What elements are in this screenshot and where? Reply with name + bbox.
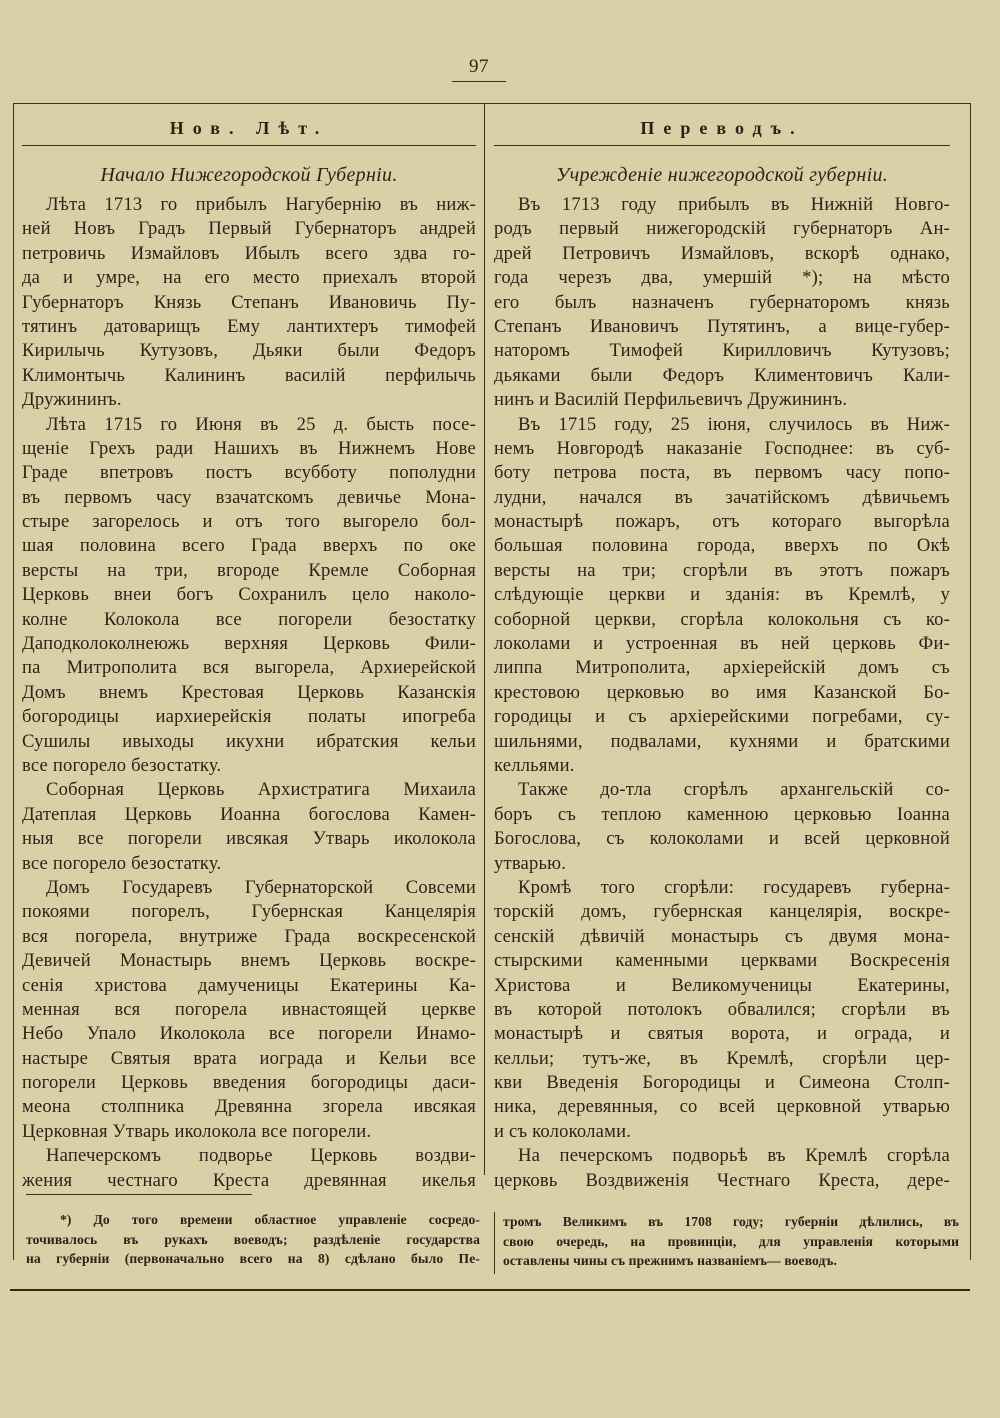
text-line: тятинъ датоварищъ Ему лантихтеръ тимофей <box>22 315 476 339</box>
text-line: Кромѣ того сгорѣли: государевъ губерна- <box>494 876 950 900</box>
text-line: монастырѣ пожаръ, отъ котораго выгорѣла <box>494 510 950 534</box>
text-line: все погорело безостатку. <box>22 754 476 778</box>
text-line: Лѣта 1713 го прибылъ Нагубернію въ ниж- <box>22 193 476 217</box>
footnote-left: *) До того времени областное управленіе … <box>26 1210 480 1269</box>
text-line: Степанъ Ивановичъ Путятинъ, а вице-губер… <box>494 315 950 339</box>
paragraph: На печерскомъ подворьѣ въ Кремлѣ сгорѣла… <box>494 1144 950 1193</box>
text-line: шая половина всего Града вверхъ по оке <box>22 534 476 558</box>
text-line: ника, деревянныя, со всей церковной утва… <box>494 1095 950 1119</box>
text-line: дрей Петровичъ Измайловъ, вскорѣ однако, <box>494 242 950 266</box>
text-line: Климонтычь Калининъ василій перфилычь <box>22 364 476 388</box>
text-line: Дружининъ. <box>22 388 476 412</box>
text-line: Въ 1715 году, 25 іюня, случилось въ Ниж- <box>494 413 950 437</box>
text-line: Напечерскомъ подворье Церковь воздви- <box>22 1144 476 1168</box>
text-line: Въ 1713 году прибылъ въ Нижній Новго- <box>494 193 950 217</box>
text-line: версты на три; сгорѣли въ этотъ пожаръ <box>494 559 950 583</box>
text-line: менная вся погорела ивнастоящей церкве <box>22 998 476 1022</box>
text-line: торскій домъ, губернская канцелярія, вос… <box>494 900 950 924</box>
text-line: монастырѣ и святыя ворота, и ограда, и <box>494 1022 950 1046</box>
footnote-line: *) До того времени областное управленіе … <box>26 1210 480 1230</box>
text-line: ней Новъ Градъ Первый Губернаторъ андрей <box>22 217 476 241</box>
text-line: сенскій дѣвичій монастырь съ двумя мона- <box>494 925 950 949</box>
text-line: липпа Митрополита, архіерейскій домъ съ <box>494 656 950 680</box>
text-line: Лѣта 1715 го Июня въ 25 д. бысть посе- <box>22 413 476 437</box>
left-column-subtitle: Начало Нижегородской Губерніи. <box>22 164 476 187</box>
text-line: шильнями, подвалами, кухнями и братскими <box>494 730 950 754</box>
text-line: Домъ внемъ Крестовая Церковь Казанскія <box>22 681 476 705</box>
left-column-original-text: Нов. Лѣт. Начало Нижегородской Губерніи.… <box>22 103 476 1193</box>
text-line: Сушилы ивыходы икухни ибратския кельи <box>22 730 476 754</box>
text-line: Церковная Утварь иколокола все погорели. <box>22 1120 476 1144</box>
footnote-line: оставлены чины съ прежнимъ названіемъ— в… <box>503 1251 959 1271</box>
text-line: Христова и Великомученицы Екатерины, <box>494 974 950 998</box>
right-column-heading: Переводъ. <box>494 103 950 146</box>
text-line: слѣдующіе церкви и зданія: въ Кремлѣ, у <box>494 583 950 607</box>
text-line: соборной церкви, сгорѣла колокольня съ к… <box>494 608 950 632</box>
text-line: Даподколоколнеюжь верхняя Церковь Фили- <box>22 632 476 656</box>
text-line: все погорело безостатку. <box>22 852 476 876</box>
text-line: наторомъ Тимофей Кирилловичъ Кутузовъ; <box>494 339 950 363</box>
text-line: года черезъ два, умершій *); на мѣсто <box>494 266 950 290</box>
text-line: въ которой потолокъ обвалился; сгорѣли в… <box>494 998 950 1022</box>
footnote-line: тромъ Великимъ въ 1708 году; губерніи дѣ… <box>503 1212 959 1232</box>
paragraph: Кромѣ того сгорѣли: государевъ губерна-т… <box>494 876 950 1144</box>
text-line: немъ Новгородѣ наказаніе Господнее: въ с… <box>494 437 950 461</box>
text-line: кви Введенія Богородицы и Симеона Столп- <box>494 1071 950 1095</box>
paragraph: Также до-тла сгорѣлъ архангельскій со-бо… <box>494 778 950 876</box>
text-line: сенія христова дамученицы Екатерины Ка- <box>22 974 476 998</box>
text-line: родъ первый нижегородскій губернаторъ Ан… <box>494 217 950 241</box>
text-line: городицы и съ архіерейскими погребами, с… <box>494 705 950 729</box>
text-line: Граде впетровъ постъ всубботу пополудни <box>22 461 476 485</box>
text-line: Датеплая Церковь Иоанна богослова Камен- <box>22 803 476 827</box>
footnote-line: свою очередь, на провинціи, для управлен… <box>503 1232 959 1252</box>
text-line: стырскими каменными церквами Воскресенія <box>494 949 950 973</box>
text-line: па Митрополита вся выгорела, Архиерейско… <box>22 656 476 680</box>
text-line: богородицы иархиерейскія полаты ипогреба <box>22 705 476 729</box>
left-column-heading: Нов. Лѣт. <box>22 103 476 146</box>
text-line: утварью. <box>494 852 950 876</box>
footnote-line: на губерніи (первоначально всего на 8) с… <box>26 1249 480 1269</box>
text-line: келльи; тутъ-же, въ Кремлѣ, сгорѣли цер- <box>494 1047 950 1071</box>
text-line: Кирилычь Кутузовъ, Дьяки были Федоръ <box>22 339 476 363</box>
footnote-line: точивалось въ рукахъ воеводъ; раздѣленіе… <box>26 1230 480 1250</box>
text-line: крестовою церковью во имя Казанской Бо- <box>494 681 950 705</box>
paragraph: Въ 1713 году прибылъ въ Нижній Новго-род… <box>494 193 950 413</box>
paragraph: Лѣта 1715 го Июня въ 25 д. бысть посе-ще… <box>22 413 476 779</box>
footnote-rule <box>26 1194 252 1195</box>
text-line: Девичей Монастырь внемъ Церковь воскре- <box>22 949 476 973</box>
text-line: вся погорела, внутриже Града воскресенск… <box>22 925 476 949</box>
text-line: келльями. <box>494 754 950 778</box>
page-number: 97 <box>452 56 506 82</box>
paragraph: Домъ Государевъ Губернаторской Совсемипо… <box>22 876 476 1144</box>
text-line: Также до-тла сгорѣлъ архангельскій со- <box>494 778 950 802</box>
text-line: локолами и устроенная въ ней церковь Фи- <box>494 632 950 656</box>
paragraph: Напечерскомъ подворье Церковь воздви-жен… <box>22 1144 476 1193</box>
text-line: нинъ и Василій Перфильевичъ Дружининъ. <box>494 388 950 412</box>
page-frame-bottom-rule <box>10 1289 970 1291</box>
text-line: его былъ назначенъ губернаторомъ князь <box>494 291 950 315</box>
right-column-subtitle: Учрежденіе нижегородской губерніи. <box>494 164 950 187</box>
text-line: лудни, начался въ зачатійскомъ дѣвичьемъ <box>494 486 950 510</box>
left-column-body: Лѣта 1713 го прибылъ Нагубернію въ ниж-н… <box>22 193 476 1193</box>
right-column-body: Въ 1713 году прибылъ въ Нижній Новго-род… <box>494 193 950 1193</box>
text-line: боту петрова поста, въ первомъ часу попо… <box>494 461 950 485</box>
text-line: Соборная Церковь Архистратига Михаила <box>22 778 476 802</box>
column-divider <box>484 103 485 1175</box>
right-column-translation: Переводъ. Учрежденіе нижегородской губер… <box>494 103 950 1193</box>
text-line: Губернаторъ Князь Степанъ Ивановичь Пу- <box>22 291 476 315</box>
text-line: боръ съ теплою каменною церковью Іоанна <box>494 803 950 827</box>
text-line: да и умре, на его место приехалъ второй <box>22 266 476 290</box>
text-line: погорели Церковь введения богородицы дас… <box>22 1071 476 1095</box>
text-line: настыре Святыя врата иограда и Кельи все <box>22 1047 476 1071</box>
text-line: меона столпника Древянна згорела ивсякая <box>22 1095 476 1119</box>
text-line: Церковь внеи богъ Сохранилъ цело наколо- <box>22 583 476 607</box>
text-line: жения честнаго Креста древянная икелья <box>22 1169 476 1193</box>
paragraph: Соборная Церковь Архистратига МихаилаДат… <box>22 778 476 876</box>
paragraph: Въ 1715 году, 25 іюня, случилось въ Ниж-… <box>494 413 950 779</box>
paragraph: Лѣта 1713 го прибылъ Нагубернію въ ниж-н… <box>22 193 476 413</box>
text-line: дьяками были Федоръ Климентовичъ Кали- <box>494 364 950 388</box>
text-line: ныя все погорели ивсякая Утварь иколокол… <box>22 827 476 851</box>
text-line: Богослова, съ колоколами и всей церковно… <box>494 827 950 851</box>
text-line: Небо Упало Иколокола все погорели Инамо- <box>22 1022 476 1046</box>
text-line: большая половина города, вверхъ по Окѣ <box>494 534 950 558</box>
text-line: щеніе Грехъ ради Нашихъ въ Нижнемъ Нове <box>22 437 476 461</box>
text-line: колне Колокола все погорели безостатку <box>22 608 476 632</box>
text-line: версты на три, вгороде Кремле Соборная <box>22 559 476 583</box>
text-line: стыре загорелось и отъ того выгорело бол… <box>22 510 476 534</box>
text-line: въ первомъ часу взачатскомъ девичье Мона… <box>22 486 476 510</box>
text-line: покоями погорелъ, Губернская Канцелярія <box>22 900 476 924</box>
text-line: петровичь Измайловъ Ибылъ всего здва го- <box>22 242 476 266</box>
text-line: Домъ Государевъ Губернаторской Совсеми <box>22 876 476 900</box>
footnote-right: тромъ Великимъ въ 1708 году; губерніи дѣ… <box>494 1212 959 1274</box>
text-line: церковь Воздвиженія Честнаго Креста, дер… <box>494 1169 950 1193</box>
text-line: и съ колоколами. <box>494 1120 950 1144</box>
text-line: На печерскомъ подворьѣ въ Кремлѣ сгорѣла <box>494 1144 950 1168</box>
